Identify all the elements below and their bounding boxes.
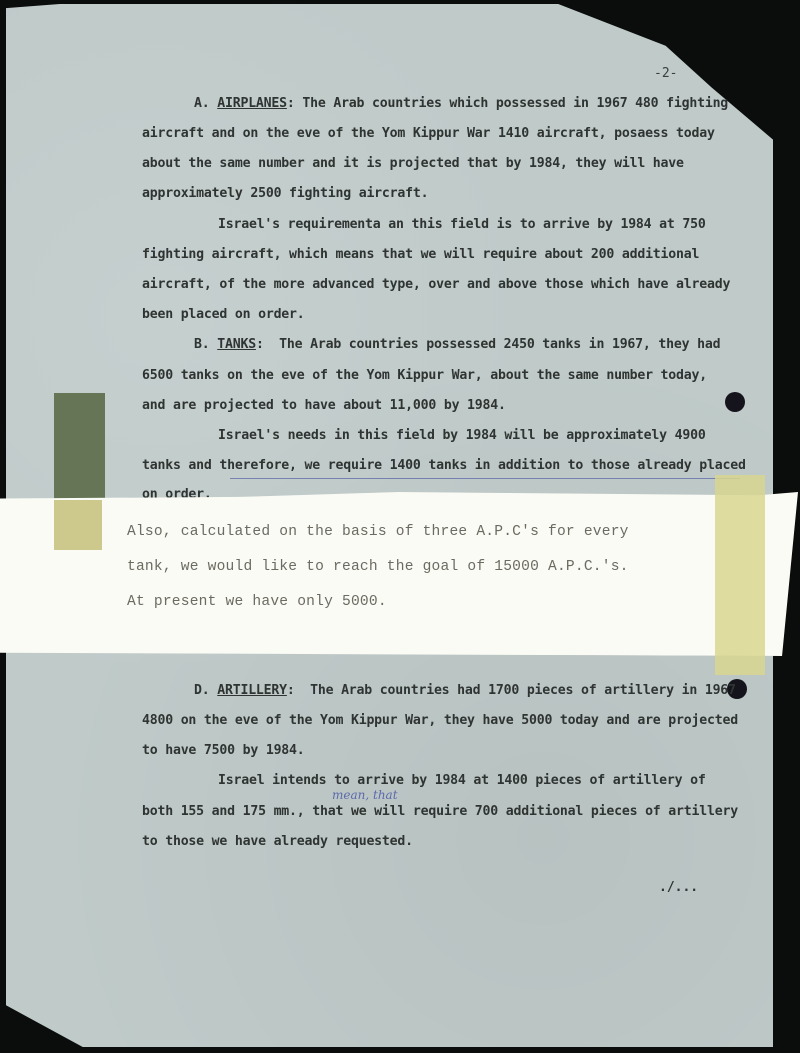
paragraph-line: aircraft and on the eve of the Yom Kippu… <box>142 126 715 141</box>
section-heading-artillery: ARTILLERY <box>217 683 287 698</box>
adhesive-tape <box>54 393 105 503</box>
paragraph-line: The Arab countries which possessed in 19… <box>302 96 728 111</box>
tanks-heading-line: B. TANKS: The Arab countries possessed 2… <box>194 337 720 352</box>
paragraph-line: to those we have already requested. <box>142 834 413 849</box>
adhesive-tape <box>54 500 102 550</box>
paragraph-line: Israel's needs in this field by 1984 wil… <box>218 428 706 443</box>
insert-line: tank, we would like to reach the goal of… <box>127 559 629 575</box>
continuation-mark: ./... <box>659 880 698 895</box>
paragraph-line: aircraft, of the more advanced type, ove… <box>142 277 730 292</box>
paragraph-line: to have 7500 by 1984. <box>142 743 305 758</box>
airplanes-heading-line: A. AIRPLANES: The Arab countries which p… <box>194 96 728 111</box>
section-label: B. <box>194 337 209 352</box>
paragraph-line: fighting aircraft, which means that we w… <box>142 247 699 262</box>
paragraph-line: 6500 tanks on the eve of the Yom Kippur … <box>142 368 707 383</box>
paragraph-line: tanks and therefore, we require 1400 tan… <box>142 458 746 473</box>
handwritten-annotation: mean, that <box>332 788 398 802</box>
artillery-heading-line: D. ARTILLERY: The Arab countries had 170… <box>194 683 736 698</box>
paragraph-line: about the same number and it is projecte… <box>142 156 684 171</box>
insert-line: At present we have only 5000. <box>127 594 387 610</box>
punch-hole <box>725 392 745 412</box>
paragraph-line: been placed on order. <box>142 307 305 322</box>
paragraph-line: approximately 2500 fighting aircraft. <box>142 186 428 201</box>
paragraph-line: and are projected to have about 11,000 b… <box>142 398 506 413</box>
page-number: -2- <box>654 66 677 81</box>
paragraph-line: Israel intends to arrive by 1984 at 1400… <box>218 773 706 788</box>
paragraph-line: The Arab countries had 1700 pieces of ar… <box>310 683 736 698</box>
paragraph-line: Israel's requirementa an this field is t… <box>218 217 706 232</box>
paragraph-line: 4800 on the eve of the Yom Kippur War, t… <box>142 713 738 728</box>
paragraph-line: both 155 and 175 mm., that we will requi… <box>142 804 738 819</box>
section-label: D. <box>194 683 209 698</box>
adhesive-tape <box>715 475 765 675</box>
section-heading-tanks: TANKS <box>217 337 256 352</box>
insert-line: Also, calculated on the basis of three A… <box>127 524 629 540</box>
section-label: A. <box>194 96 209 111</box>
paragraph-line: The Arab countries possessed 2450 tanks … <box>279 337 720 352</box>
section-heading-airplanes: AIRPLANES <box>217 96 287 111</box>
